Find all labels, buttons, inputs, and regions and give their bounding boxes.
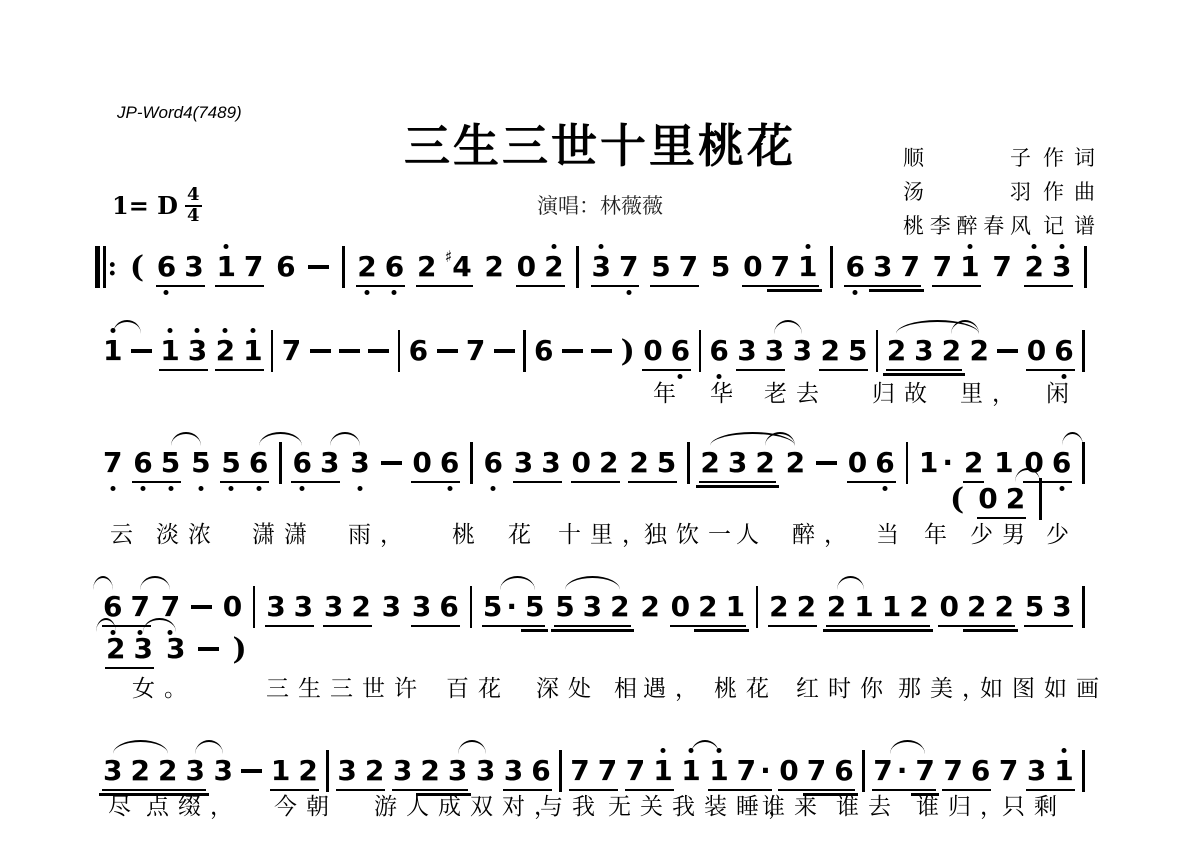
eighth-beam bbox=[670, 625, 746, 628]
barline bbox=[523, 330, 526, 372]
note: 6 bbox=[531, 756, 550, 786]
note: 3 bbox=[213, 756, 232, 786]
note: 3 bbox=[350, 448, 369, 478]
note: 2 bbox=[1006, 484, 1025, 514]
note: 3 bbox=[476, 756, 495, 786]
octave-dot-above bbox=[224, 244, 229, 249]
slur-arc bbox=[140, 576, 170, 590]
lyric-segment: 人 bbox=[736, 516, 768, 549]
eighth-beam bbox=[1024, 285, 1073, 288]
barline bbox=[253, 586, 256, 628]
note: 2 bbox=[967, 592, 986, 622]
sixteenth-beam bbox=[963, 629, 990, 632]
note: 6 bbox=[671, 336, 690, 366]
beam-group: 17· bbox=[709, 756, 771, 786]
note: 3 bbox=[266, 592, 285, 622]
note: 3 bbox=[793, 336, 812, 366]
note: 2 bbox=[820, 336, 839, 366]
octave-dot-above bbox=[660, 748, 665, 753]
note: 1 bbox=[160, 336, 179, 366]
sixteenth-beam bbox=[767, 289, 794, 292]
music-line-3b: (02 bbox=[950, 482, 1080, 516]
note: 3 bbox=[504, 756, 523, 786]
note: ♯4 bbox=[444, 252, 471, 282]
augmentation-dot: · bbox=[897, 756, 908, 786]
beam-group: 02 bbox=[572, 448, 619, 478]
eighth-beam bbox=[847, 481, 896, 484]
note: 3 bbox=[188, 336, 207, 366]
note: 2 bbox=[484, 252, 503, 282]
eighth-beam bbox=[932, 285, 981, 288]
note: 5 bbox=[657, 448, 676, 478]
note: 5 bbox=[161, 448, 180, 478]
duration-dash bbox=[591, 349, 612, 353]
note: 6 bbox=[440, 448, 459, 478]
beam-group: 323 bbox=[393, 756, 467, 786]
lyric-segment: 桃花 bbox=[714, 670, 778, 703]
note: 2 bbox=[365, 756, 384, 786]
note: 1 bbox=[960, 252, 979, 282]
repeat-open-sign: : bbox=[95, 246, 117, 288]
lyric-segment: 只剩 bbox=[1002, 788, 1066, 821]
eighth-beam bbox=[482, 625, 546, 628]
eighth-beam bbox=[699, 481, 775, 484]
octave-dot-below bbox=[168, 486, 173, 491]
key-text: 1= D bbox=[112, 191, 178, 220]
note: 2 bbox=[755, 448, 774, 478]
beam-group: 12 bbox=[271, 756, 318, 786]
octave-dot-above bbox=[1059, 244, 1064, 249]
rest-note: 0 bbox=[572, 448, 591, 478]
note: 7 bbox=[807, 756, 826, 786]
note: 2 bbox=[942, 336, 961, 366]
eighth-beam bbox=[736, 369, 785, 372]
note: 1 bbox=[1054, 756, 1073, 786]
note: 2 bbox=[640, 592, 659, 622]
beam-group: 021 bbox=[671, 592, 745, 622]
duration-dash bbox=[310, 349, 331, 353]
beam-group: 232 bbox=[700, 448, 774, 478]
beam-group: 23 bbox=[1025, 252, 1072, 282]
note: 2 bbox=[786, 448, 805, 478]
slur-arc bbox=[93, 576, 113, 590]
note: 1 bbox=[216, 252, 235, 282]
eighth-beam bbox=[516, 285, 565, 288]
note: 2 bbox=[994, 592, 1013, 622]
note: 3 bbox=[382, 592, 401, 622]
lyric-segment: 花 bbox=[508, 516, 540, 549]
beam-group: 071 bbox=[743, 252, 817, 282]
eighth-beam bbox=[132, 481, 181, 484]
note: 7· bbox=[737, 756, 771, 786]
octave-dot-below bbox=[110, 486, 115, 491]
lyric-segment: 闲 bbox=[1046, 375, 1078, 408]
note: 3 bbox=[393, 756, 412, 786]
slur-arc bbox=[171, 432, 201, 446]
beam-group: 532 bbox=[555, 592, 629, 622]
lyric-segment: 当 bbox=[876, 516, 908, 549]
slur-arc bbox=[565, 576, 620, 590]
eighth-beam bbox=[156, 285, 205, 288]
octave-dot-below bbox=[229, 486, 234, 491]
note: 3 bbox=[412, 592, 431, 622]
eighth-beam bbox=[513, 481, 562, 484]
beam-group: 13 bbox=[160, 336, 207, 366]
barline bbox=[862, 750, 865, 792]
slur-arc bbox=[113, 740, 168, 754]
eighth-beam bbox=[571, 481, 620, 484]
note: 3 bbox=[103, 756, 122, 786]
note: 3 bbox=[1052, 252, 1071, 282]
eighth-beam bbox=[642, 369, 691, 372]
eighth-beam bbox=[768, 625, 817, 628]
note: 2 bbox=[106, 634, 125, 664]
duration-dash bbox=[381, 461, 402, 465]
note: 6 bbox=[845, 252, 864, 282]
note: 3 bbox=[514, 448, 533, 478]
duration-dash bbox=[494, 349, 515, 353]
note: 5· bbox=[483, 592, 517, 622]
sheet-music-page: { "page": {"background": "#ffffff", "ink… bbox=[0, 0, 1200, 850]
lyric-segment: 三生三世许 bbox=[266, 670, 426, 703]
lyric-segment: 谁归， bbox=[916, 788, 1012, 821]
note: 2 bbox=[1025, 252, 1044, 282]
note: 7 bbox=[598, 756, 617, 786]
slur-arc bbox=[500, 576, 535, 590]
beam-group: 77 bbox=[570, 756, 617, 786]
note: 1 bbox=[798, 252, 817, 282]
beam-group: 06 bbox=[848, 448, 895, 478]
note: 6 bbox=[157, 252, 176, 282]
note: 1· bbox=[919, 448, 953, 478]
eighth-beam bbox=[291, 481, 340, 484]
note: 3 bbox=[320, 448, 339, 478]
slur-arc bbox=[765, 432, 795, 446]
note: 3 bbox=[592, 252, 611, 282]
beam-group: 02 bbox=[517, 252, 564, 282]
eighth-beam bbox=[826, 625, 930, 628]
sixteenth-beam bbox=[794, 289, 821, 292]
note: 6 bbox=[875, 448, 894, 478]
lyric-segment: 桃 bbox=[452, 516, 484, 549]
eighth-beam bbox=[356, 285, 405, 288]
augmentation-dot: · bbox=[942, 448, 953, 478]
note: 7 bbox=[103, 448, 122, 478]
credit-role: 作词 bbox=[1043, 142, 1095, 172]
beam-group: 26 bbox=[357, 252, 404, 282]
beam-group: 2112 bbox=[827, 592, 929, 622]
music-line-2: 113217676)06633325232206 bbox=[103, 334, 1085, 368]
time-signature: 4 4 bbox=[185, 186, 202, 226]
slur-arc bbox=[951, 320, 979, 334]
sixteenth-beam bbox=[696, 485, 723, 488]
rest-note: 0 bbox=[848, 448, 867, 478]
beam-group: 7·7 bbox=[873, 756, 935, 786]
lyric-segment: 点缀， bbox=[146, 788, 242, 821]
beam-group: 232 bbox=[887, 336, 961, 366]
note: 5 bbox=[848, 336, 867, 366]
music-line-3: 7655566330663302252322061·2106 bbox=[103, 446, 1085, 480]
note: 1 bbox=[994, 448, 1013, 478]
note: 1 bbox=[854, 592, 873, 622]
eighth-beam bbox=[220, 481, 269, 484]
duration-dash bbox=[816, 461, 837, 465]
note: 2 bbox=[610, 592, 629, 622]
eighth-beam bbox=[159, 369, 208, 372]
lyric-segment: 女。 bbox=[132, 670, 196, 703]
barline bbox=[906, 442, 909, 484]
barline bbox=[756, 586, 759, 628]
octave-dot-above bbox=[223, 328, 228, 333]
sixteenth-beam bbox=[751, 485, 778, 488]
eighth-beam bbox=[819, 369, 868, 372]
eighth-beam bbox=[265, 625, 314, 628]
eighth-beam bbox=[416, 285, 473, 288]
note: 5 bbox=[555, 592, 574, 622]
note: 1 bbox=[726, 592, 745, 622]
barline bbox=[876, 330, 879, 372]
slur-arc bbox=[837, 576, 864, 590]
barline bbox=[1084, 246, 1087, 288]
lyric-segment: 归故 bbox=[872, 375, 936, 408]
note: 5 bbox=[1025, 592, 1044, 622]
note: 3 bbox=[324, 592, 343, 622]
beam-group: 53 bbox=[1025, 592, 1072, 622]
lyric-segment: 云 bbox=[110, 516, 142, 549]
beam-group: 17 bbox=[216, 252, 263, 282]
sixteenth-beam bbox=[724, 485, 751, 488]
beam-group: 37 bbox=[592, 252, 639, 282]
eighth-beam bbox=[886, 369, 962, 372]
note: 7 bbox=[244, 252, 263, 282]
note: 2 bbox=[700, 448, 719, 478]
note: 6 bbox=[292, 448, 311, 478]
duration-dash bbox=[241, 769, 262, 773]
slur-arc bbox=[890, 740, 925, 754]
slur-arc bbox=[195, 740, 223, 754]
eighth-beam bbox=[742, 285, 818, 288]
credit-name: 汤羽 bbox=[903, 176, 1031, 206]
duration-dash bbox=[437, 349, 458, 353]
note: 7 bbox=[933, 252, 952, 282]
eighth-beam bbox=[1026, 369, 1075, 372]
note: 6 bbox=[709, 336, 728, 366]
note: 6 bbox=[439, 592, 458, 622]
slur-arc bbox=[1062, 432, 1084, 446]
slur-arc bbox=[259, 432, 303, 446]
lyric-segment: 遇， bbox=[643, 670, 707, 703]
note: 5 bbox=[711, 252, 730, 282]
note: 6 bbox=[276, 252, 295, 282]
eighth-beam bbox=[844, 285, 920, 288]
beam-group: 57 bbox=[651, 252, 698, 282]
octave-dot-below bbox=[198, 486, 203, 491]
octave-dot-above bbox=[805, 244, 810, 249]
note: 6 bbox=[1052, 448, 1071, 478]
note: 7 bbox=[992, 252, 1011, 282]
beam-group: 71 bbox=[933, 252, 980, 282]
sixteenth-beam bbox=[606, 629, 633, 632]
lyric-segment: 老去 bbox=[764, 375, 828, 408]
barline bbox=[398, 330, 401, 372]
octave-dot-below bbox=[256, 486, 261, 491]
note: 2 bbox=[357, 252, 376, 282]
eighth-beam bbox=[650, 285, 699, 288]
eighth-beam bbox=[1024, 625, 1073, 628]
note: 7· bbox=[873, 756, 907, 786]
barline bbox=[699, 330, 702, 372]
note: 3 bbox=[914, 336, 933, 366]
rest-note: 0 bbox=[978, 484, 997, 514]
eighth-beam bbox=[323, 625, 372, 628]
beam-group: 31 bbox=[1027, 756, 1074, 786]
barline bbox=[271, 330, 274, 372]
note: 1 bbox=[103, 336, 122, 366]
beam-group: 36 bbox=[412, 592, 459, 622]
rest-note: 0 bbox=[643, 336, 662, 366]
slur-arc bbox=[113, 320, 142, 334]
beam-group: 67 bbox=[103, 592, 150, 622]
beam-group: 71 bbox=[626, 756, 673, 786]
note: 5 bbox=[525, 592, 544, 622]
note: 3 bbox=[1052, 592, 1071, 622]
note: 1 bbox=[271, 756, 290, 786]
note: 5 bbox=[191, 448, 210, 478]
note: 7 bbox=[771, 252, 790, 282]
sixteenth-beam bbox=[823, 629, 850, 632]
credit-role: 作曲 bbox=[1043, 176, 1095, 206]
beam-group: 65 bbox=[133, 448, 180, 478]
duration-dash bbox=[997, 349, 1018, 353]
sixteenth-beam bbox=[722, 629, 749, 632]
note: 3 bbox=[728, 448, 747, 478]
sixteenth-beam bbox=[551, 629, 578, 632]
octave-dot-below bbox=[491, 486, 496, 491]
note: 3 bbox=[448, 756, 467, 786]
credit-name: 顺子 bbox=[903, 142, 1031, 172]
note: 2 bbox=[420, 756, 439, 786]
octave-dot-above bbox=[599, 244, 604, 249]
note: 1 bbox=[709, 756, 728, 786]
note: 2 bbox=[351, 592, 370, 622]
lyric-segment: 今朝 bbox=[274, 788, 338, 821]
octave-dot-below bbox=[392, 290, 397, 295]
rest-note: 0 bbox=[939, 592, 958, 622]
note: 1 bbox=[653, 756, 672, 786]
beam-group: 25 bbox=[629, 448, 676, 478]
octave-dot-below bbox=[853, 290, 858, 295]
note: 2 bbox=[827, 592, 846, 622]
lyric-segment: 年 bbox=[653, 375, 685, 408]
music-line-5: 3223312323233367771117·0767·776731 bbox=[103, 754, 1085, 788]
lyric-segment: 尽 bbox=[108, 788, 140, 821]
barline bbox=[559, 750, 562, 792]
note: 7 bbox=[679, 252, 698, 282]
lyric-segment: 雨， bbox=[348, 516, 412, 549]
rest-note: 0 bbox=[743, 252, 762, 282]
rest-note: 0 bbox=[779, 756, 798, 786]
duration-dash bbox=[308, 265, 329, 269]
lyric-segment: 与我 bbox=[540, 788, 604, 821]
octave-dot-below bbox=[447, 486, 452, 491]
music-line-1: :(63176262♯42023757507163771723 bbox=[95, 250, 1087, 284]
octave-dot-above bbox=[1032, 244, 1037, 249]
beam-group: 63 bbox=[292, 448, 339, 478]
octave-dot-below bbox=[141, 486, 146, 491]
close-paren: ) bbox=[621, 335, 635, 367]
note: 6 bbox=[483, 448, 502, 478]
beam-group: 2♯4 bbox=[417, 252, 472, 282]
beam-group: 33 bbox=[266, 592, 313, 622]
rest-note: 0 bbox=[223, 592, 242, 622]
octave-dot-above bbox=[167, 328, 172, 333]
sixteenth-beam bbox=[878, 629, 905, 632]
rest-note: 0 bbox=[671, 592, 690, 622]
augmentation-dot: · bbox=[506, 592, 517, 622]
barline bbox=[1082, 750, 1085, 792]
sixteenth-beam bbox=[521, 629, 548, 632]
augmentation-dot: · bbox=[760, 756, 771, 786]
duration-dash bbox=[339, 349, 360, 353]
time-signature-top: 4 bbox=[185, 186, 202, 207]
lyric-segment: 百花 bbox=[446, 670, 510, 703]
beam-group: 22 bbox=[769, 592, 816, 622]
octave-dot-below bbox=[357, 486, 362, 491]
duration-dash bbox=[191, 605, 212, 609]
slur-arc bbox=[691, 740, 719, 754]
beam-group: 56 bbox=[221, 448, 268, 478]
note: 2 bbox=[216, 336, 235, 366]
note: 7 bbox=[900, 252, 919, 282]
eighth-beam bbox=[411, 481, 460, 484]
sharp-icon: ♯ bbox=[444, 247, 452, 266]
lyric-segment: 少 bbox=[1046, 516, 1078, 549]
note: 6 bbox=[834, 756, 853, 786]
note: 7 bbox=[570, 756, 589, 786]
barline bbox=[342, 246, 345, 288]
beam-group: 33 bbox=[514, 448, 561, 478]
note: 3 bbox=[184, 252, 203, 282]
note: 3 bbox=[1027, 756, 1046, 786]
beam-group: 076 bbox=[779, 756, 853, 786]
note: 3 bbox=[185, 756, 204, 786]
note: 6 bbox=[534, 336, 553, 366]
note: 3 bbox=[765, 336, 784, 366]
lyric-segment: 谁来 bbox=[762, 788, 826, 821]
barline bbox=[1082, 586, 1085, 628]
key-signature: 1= D 4 4 bbox=[112, 186, 202, 226]
eighth-beam bbox=[215, 285, 264, 288]
octave-dot-below bbox=[883, 486, 888, 491]
lyric-segment: 深处 bbox=[536, 670, 600, 703]
note: 3 bbox=[166, 634, 185, 664]
octave-dot-above bbox=[551, 244, 556, 249]
barline bbox=[576, 246, 579, 288]
note: 3 bbox=[337, 756, 356, 786]
note: 2 bbox=[298, 756, 317, 786]
octave-dot-above bbox=[195, 328, 200, 333]
lyric-segment: 年 bbox=[924, 516, 956, 549]
duration-dash bbox=[562, 349, 583, 353]
beam-group: 3223 bbox=[103, 756, 205, 786]
note: 6 bbox=[971, 756, 990, 786]
barline bbox=[470, 586, 473, 628]
beam-group: 022 bbox=[939, 592, 1013, 622]
beam-group: 637 bbox=[845, 252, 919, 282]
music-line-4b: 233) bbox=[106, 632, 256, 666]
duration-dash bbox=[198, 647, 219, 651]
note: 7 bbox=[999, 756, 1018, 786]
